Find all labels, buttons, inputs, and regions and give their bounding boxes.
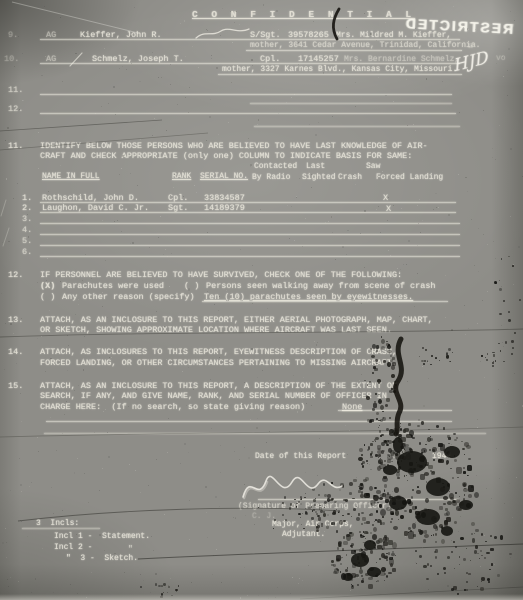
speck — [364, 548, 368, 551]
speck — [161, 585, 163, 587]
speck — [438, 477, 440, 479]
speck — [486, 552, 489, 555]
speck — [385, 22, 386, 23]
underline — [40, 245, 460, 246]
speck — [167, 452, 168, 453]
speck — [357, 584, 359, 586]
speck — [387, 492, 389, 495]
speck — [384, 580, 385, 581]
speck — [240, 249, 241, 250]
item13-line2: OR SKETCH, SHOWING APPROXIMATE LOCATION … — [40, 325, 392, 335]
speck — [101, 106, 102, 107]
speck — [501, 286, 502, 287]
witness-row-number: 2. — [22, 203, 32, 213]
speck — [354, 550, 356, 552]
item-number: 13. — [8, 315, 23, 325]
speck — [140, 492, 141, 493]
speck — [474, 265, 475, 266]
speck — [151, 536, 152, 537]
speck — [432, 471, 435, 475]
underline — [40, 256, 460, 257]
speck — [443, 486, 446, 488]
speck — [121, 231, 122, 232]
speck — [457, 477, 459, 479]
speck — [436, 477, 441, 483]
speck — [373, 527, 377, 532]
speck — [450, 468, 452, 470]
speck — [357, 556, 360, 558]
speck — [415, 130, 416, 131]
speck — [493, 241, 494, 242]
speck — [392, 542, 397, 549]
speck — [509, 483, 510, 484]
speck — [211, 428, 212, 429]
speck — [358, 457, 363, 462]
speck — [354, 576, 356, 578]
speck — [405, 447, 410, 451]
speck — [305, 218, 306, 219]
speck — [379, 425, 380, 426]
col-header-last: Last — [306, 162, 325, 172]
speck — [473, 539, 474, 540]
speck — [408, 423, 411, 426]
speck — [18, 581, 19, 582]
speck — [420, 530, 424, 535]
speck — [466, 445, 472, 450]
speck — [387, 220, 388, 221]
speck — [252, 303, 253, 304]
speck — [339, 544, 342, 547]
speck — [239, 24, 240, 25]
speck — [117, 220, 118, 221]
speck — [454, 439, 457, 442]
speck — [130, 243, 131, 244]
speck — [467, 475, 468, 476]
speck — [412, 437, 414, 439]
speck — [257, 377, 258, 378]
speck — [377, 519, 381, 523]
speck — [350, 545, 352, 547]
checkbox-walking: ( ) — [184, 281, 199, 291]
speck — [431, 516, 437, 522]
speck — [424, 360, 426, 362]
speck — [374, 439, 376, 441]
speck — [263, 4, 264, 5]
speck — [386, 444, 388, 446]
speck — [365, 538, 366, 539]
speck — [155, 583, 158, 585]
speck — [362, 557, 366, 560]
speck — [234, 22, 235, 23]
speck — [442, 81, 443, 82]
speck — [154, 118, 155, 119]
speck — [185, 56, 186, 57]
speck — [420, 474, 425, 480]
speck — [163, 592, 164, 593]
speck — [360, 534, 362, 536]
speck — [323, 513, 326, 517]
item12-line1: IF PERSONNEL ARE BELIEVED TO HAVE SURVIV… — [40, 270, 402, 280]
speck — [408, 240, 410, 242]
speck — [320, 541, 321, 542]
speck — [341, 573, 346, 579]
speck — [414, 468, 416, 471]
speck — [311, 187, 312, 188]
speck — [383, 440, 387, 444]
speck — [356, 477, 357, 478]
speck — [324, 494, 327, 497]
speck — [376, 562, 378, 563]
speck — [406, 434, 412, 438]
speck — [407, 381, 408, 382]
speck — [291, 206, 292, 207]
speck — [332, 116, 333, 117]
speck — [308, 565, 309, 566]
speck — [415, 511, 420, 515]
speck — [483, 234, 484, 235]
speck — [499, 288, 502, 291]
speck — [392, 551, 395, 554]
speck — [360, 494, 364, 498]
speck — [349, 532, 354, 537]
speck — [29, 486, 30, 487]
speck — [406, 79, 407, 80]
speck — [412, 506, 416, 510]
speck — [216, 549, 217, 550]
speck — [404, 449, 405, 450]
speck — [355, 106, 356, 107]
speck — [359, 483, 364, 490]
speck — [393, 440, 396, 443]
speck — [446, 355, 449, 358]
speck — [372, 524, 374, 526]
speck — [21, 491, 22, 492]
witness-row-number: 5. — [22, 236, 32, 246]
speck — [158, 77, 159, 78]
speck — [67, 370, 68, 371]
speck — [427, 361, 428, 362]
speck — [388, 250, 389, 251]
speck — [430, 565, 432, 567]
speck — [431, 471, 436, 476]
speck — [414, 306, 415, 307]
speck — [369, 514, 370, 516]
speck — [431, 535, 432, 536]
speck — [316, 513, 318, 515]
speck — [305, 472, 306, 473]
speck — [70, 584, 71, 585]
speck — [369, 567, 374, 571]
speck — [84, 473, 85, 474]
speck — [503, 300, 505, 302]
speck — [455, 492, 457, 494]
speck — [370, 513, 373, 517]
speck — [501, 325, 502, 326]
speck — [484, 377, 485, 378]
speck — [494, 536, 497, 539]
speck — [220, 35, 221, 36]
speck — [398, 434, 402, 438]
speck — [353, 557, 354, 559]
speck — [383, 541, 388, 546]
speck — [289, 238, 290, 239]
speck — [448, 437, 451, 439]
speck — [397, 477, 400, 480]
underline — [40, 113, 456, 114]
speck — [419, 442, 421, 445]
speck — [20, 393, 21, 394]
speck — [47, 258, 48, 259]
speck — [417, 486, 420, 488]
speck — [220, 445, 221, 446]
speck — [198, 67, 199, 68]
speck — [62, 81, 63, 82]
speck — [366, 521, 370, 524]
speck — [23, 100, 24, 101]
speck — [441, 526, 443, 529]
speck — [452, 501, 457, 506]
speck — [410, 474, 414, 477]
crew-row-number: 10. — [4, 54, 19, 64]
speck — [349, 492, 352, 495]
speck — [442, 483, 444, 484]
speck — [498, 389, 499, 390]
speck — [375, 519, 377, 522]
speck — [409, 462, 413, 466]
speck — [102, 220, 103, 221]
speck — [481, 533, 483, 536]
speck — [393, 526, 398, 530]
speck — [160, 216, 161, 217]
speck — [401, 448, 403, 449]
speck — [422, 347, 424, 349]
speck — [366, 493, 369, 496]
speck — [381, 545, 386, 550]
speck — [139, 81, 141, 83]
date-fragment: July, — [387, 452, 411, 462]
speck — [299, 178, 300, 179]
speck — [397, 509, 398, 510]
speck — [143, 580, 144, 581]
speck — [438, 207, 439, 208]
speck — [298, 583, 299, 584]
speck — [357, 558, 359, 560]
speck — [392, 568, 397, 572]
speck — [75, 53, 77, 55]
speck — [422, 220, 423, 221]
witness-row-number: 3. — [22, 214, 32, 224]
speck — [368, 577, 373, 581]
speck — [448, 348, 451, 352]
speck — [378, 206, 379, 207]
speck — [380, 522, 383, 525]
speck — [205, 486, 207, 488]
speck — [370, 541, 371, 542]
speck — [140, 139, 141, 140]
speck — [417, 273, 418, 274]
speck — [474, 492, 479, 498]
speck — [119, 68, 120, 69]
speck — [453, 586, 457, 590]
speck — [480, 361, 481, 362]
speck — [171, 253, 172, 254]
speck — [415, 550, 418, 552]
speck — [269, 431, 270, 432]
speck — [490, 548, 493, 551]
speck — [500, 535, 504, 539]
speck — [488, 581, 490, 583]
speck — [381, 450, 385, 454]
underline — [40, 39, 460, 40]
item-number: 11. — [8, 141, 23, 151]
speck — [22, 53, 23, 54]
speck — [364, 557, 369, 563]
speck — [4, 369, 5, 370]
speck — [135, 470, 136, 471]
speck — [446, 352, 447, 353]
col-header-forced-landing: Forced Landing — [376, 173, 443, 183]
speck — [511, 353, 513, 355]
speck — [239, 459, 240, 460]
speck — [501, 258, 502, 260]
speck — [189, 500, 190, 501]
speck — [250, 166, 251, 167]
speck — [404, 475, 406, 477]
speck — [8, 586, 9, 587]
speck — [464, 589, 466, 591]
speck — [351, 543, 354, 546]
speck — [408, 468, 414, 475]
speck — [514, 373, 515, 374]
speck — [383, 417, 384, 418]
speck — [165, 249, 166, 250]
speck — [379, 465, 382, 468]
speck — [337, 547, 340, 550]
speck — [379, 558, 381, 560]
underline — [40, 212, 456, 213]
speck — [108, 456, 110, 458]
speck — [338, 544, 341, 547]
speck — [427, 490, 429, 492]
speck — [248, 138, 249, 139]
speck — [423, 461, 424, 462]
speck — [404, 531, 408, 536]
speck — [445, 317, 446, 318]
speck — [476, 475, 477, 476]
speck — [384, 440, 387, 443]
speck — [374, 521, 375, 522]
speck — [376, 581, 377, 582]
witness-row-number: 4. — [22, 225, 32, 235]
speck — [388, 197, 389, 198]
speck — [386, 343, 389, 346]
underline — [40, 94, 452, 95]
speck — [338, 542, 341, 545]
speck — [428, 378, 429, 379]
speck — [219, 506, 220, 507]
speck — [266, 442, 267, 443]
speck — [22, 100, 23, 101]
speck — [327, 514, 329, 516]
speck — [441, 539, 445, 544]
speck — [396, 469, 400, 474]
speck — [364, 522, 366, 524]
speck — [374, 543, 376, 545]
speck — [428, 465, 433, 469]
speck — [354, 563, 356, 565]
speck — [510, 148, 512, 150]
speck — [486, 488, 487, 489]
speck — [449, 493, 454, 499]
speck — [1, 293, 2, 294]
speck — [349, 532, 352, 534]
speck — [440, 487, 446, 492]
speck — [422, 366, 423, 367]
speck — [405, 536, 406, 537]
speck — [215, 496, 217, 499]
speck — [367, 449, 369, 451]
speck — [166, 130, 167, 131]
speck — [332, 512, 336, 515]
speck — [347, 513, 350, 515]
speck — [38, 168, 39, 169]
speck — [467, 465, 472, 471]
speck — [362, 542, 363, 543]
speck — [421, 512, 426, 519]
speck — [419, 356, 420, 357]
speck — [347, 574, 352, 580]
speck — [514, 332, 516, 334]
speck — [361, 575, 363, 576]
speck — [459, 556, 461, 558]
officer-rank: Major, Air Corps, — [272, 520, 354, 530]
speck — [429, 449, 431, 452]
speck — [459, 496, 460, 497]
speck — [130, 173, 131, 174]
speck — [395, 510, 400, 516]
speck — [176, 591, 177, 592]
speck — [323, 483, 326, 486]
speck — [463, 467, 465, 470]
speck — [380, 494, 384, 497]
item-number: 15. — [8, 381, 23, 391]
speck — [124, 572, 125, 573]
speck — [351, 585, 355, 589]
speck — [492, 157, 493, 158]
speck — [377, 450, 382, 455]
speck — [341, 558, 342, 559]
speck — [392, 557, 393, 558]
speck — [451, 329, 453, 331]
speck — [235, 518, 236, 519]
speck — [389, 559, 394, 565]
speck — [460, 516, 461, 517]
speck — [481, 581, 482, 582]
speck — [416, 519, 417, 520]
underline — [46, 421, 452, 422]
speck — [150, 592, 151, 593]
speck — [185, 97, 186, 98]
speck — [454, 568, 456, 569]
speck — [317, 515, 320, 517]
speck — [20, 520, 21, 521]
speck — [378, 521, 379, 522]
speck — [333, 571, 337, 574]
checkbox-other: ( ) — [40, 292, 55, 302]
speck — [350, 590, 351, 591]
speck — [114, 221, 115, 222]
speck — [375, 454, 379, 457]
